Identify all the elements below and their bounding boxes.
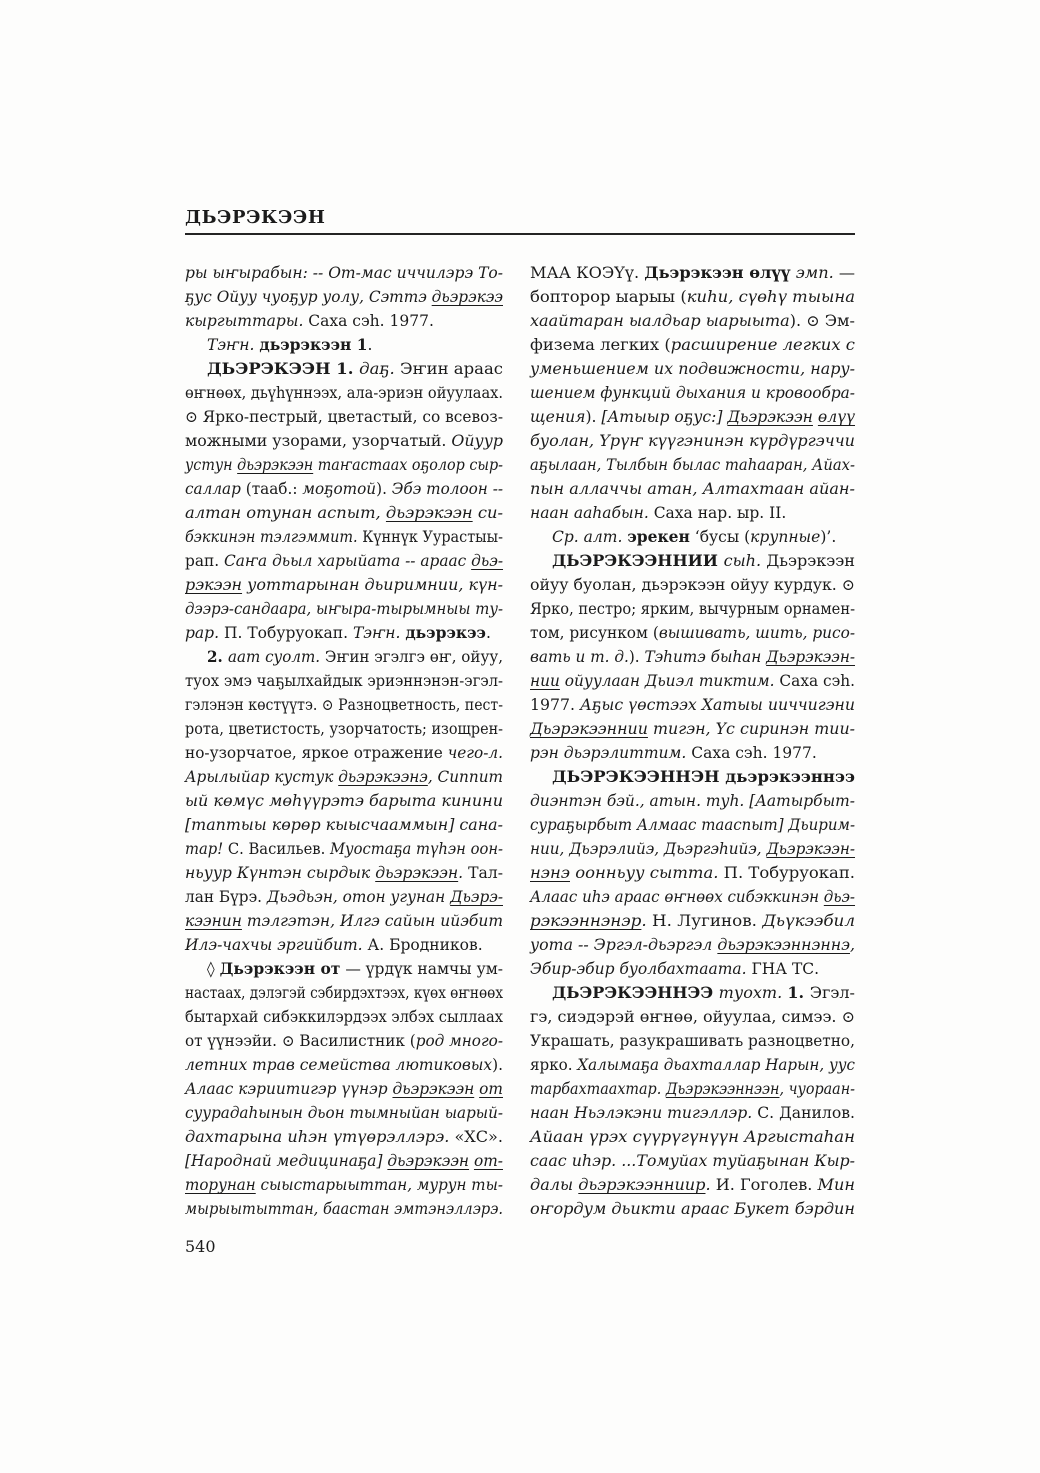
text-segment: туохт. [719,984,788,1002]
text-line: ДЬЭРЭКЭЭННЭН дьэрэкээннээ [530,765,855,789]
text-segment: Саха нар. ыр. II. [654,504,787,522]
line-content: Ср. алт. эрекен ‘бусы (крупные)’. [552,525,836,549]
line-content: нэнэ оонньуу сытта. П. Тобуруокап. [530,861,855,885]
text-segment: дьэрэкээн [392,1080,474,1098]
text-segment: , Сиппит [428,768,503,786]
text-segment: ГНА ТС. [752,960,820,978]
text-segment: Арылыйар кустук [185,768,338,786]
text-segment: . [705,1176,715,1194]
line-content: сураҕырбыт Алмаас тааспыт] Дьирим- [530,813,855,837]
text-line: щения). [Атыыр оҕус:] Дьэрэкээн өлүү [530,405,855,429]
text-segment: род много- [416,1032,503,1050]
line-content: Илэ-чахчы эргийбит. А. Бродников. [185,933,483,957]
text-segment: Украшать, разукрашивать разноцветно, [530,1032,855,1050]
text-segment: (тааб.: [246,480,303,498]
line-content: тарбахтаахтар. Дьэрэкээннээн, чуораан- [530,1077,855,1101]
text-segment: ◊ [207,960,220,978]
text-segment: от үүнээйи. ⊙ Василистник ( [185,1032,416,1050]
text-segment: крупные [750,528,820,546]
text-line: бытархай сибэккилэрдээх элбэх сыллаах [185,1005,503,1029]
text-segment: Муостаҕа түһэн оон- [330,840,503,858]
text-segment: бопторор ыарыы ( [530,288,687,306]
line-content: суурадаһынын дьон тымныйан ыарый- [185,1101,503,1125]
text-segment: рэн дьэрэлиттим. [530,744,691,762]
line-content: ДЬЭРЭКЭЭННЭН дьэрэкээннээ [552,765,855,789]
line-content: саллар (тааб.: моҕотой). Эбэ толоон -- [185,477,503,501]
text-line: туох эмэ чаҕылхайдык эриэннэнэн-эгэл- [185,669,503,693]
text-segment: даҕ. [359,360,400,378]
text-segment: гэлэнэн көстүүтэ. ⊙ Разноцветность, пест… [185,696,503,714]
text-line: гэ, сиэдэрэй өҥнөө, ойуулаа, симээ. ⊙ [530,1005,855,1029]
text-segment: Дьэрэкээннии [530,720,648,738]
text-segment: дьэ- [824,888,855,906]
text-segment: Алаас иһэ араас өҥнөөх сибэккинэн [530,888,824,906]
line-content: ньуур Күнтэн сырдык дьэрэкээн. Тал- [185,861,503,885]
text-segment: эрекен [627,527,690,546]
text-line: мырыытыттан, баастан эмтэнэллэрэ. [185,1197,503,1221]
text-line: Украшать, разукрашивать разноцветно, [530,1029,855,1053]
text-segment: рэкээннэнэр [530,912,641,930]
line-content: бытархай сибэккилэрдээх элбэх сыллаах [185,1005,503,1029]
text-segment: Дьэрэкээн [727,408,813,426]
line-content: рэкээн уоттарынан дьиримнии, күн- [185,573,503,597]
text-segment: дьэрэкээн [387,1152,469,1170]
text-segment: ДЬЭРЭКЭЭННЭЭ [552,983,719,1002]
text-segment: сураҕырбыт Алмаас тааспыт] Дьирим- [530,816,855,834]
dictionary-page: ДЬЭРЭКЭЭН ры ыҥырабын: -- От-мас иччилэр… [0,0,1040,1473]
line-content: Эбир-эбир буолбахтаата. ГНА ТС. [530,957,819,981]
line-content: далы дьэрэкээнниир. И. Гоголев. Мин [530,1173,855,1197]
text-segment: ‘бусы ( [690,528,750,546]
text-segment: С. Данилов. [757,1104,855,1122]
text-line: аҕылаан, Тылбын былас таһааран, Айах- [530,453,855,477]
line-content: рота, цветистость, узорчатость; изощрен- [185,717,503,741]
text-line: дахтарына иһэн үтүөрэллэрэ. «ХС». [185,1125,503,1149]
right-column: МАА КОЭҮү. Дьэрэкээн өлүү эмп. —бопторор… [530,261,855,1221]
line-content: ойуу буолан, дьэрэкээн ойуу курдук. ⊙ [530,573,855,597]
text-line: тар! С. Васильев. Муостаҕа түһэн оон- [185,837,503,861]
text-segment: Айаан үрэх сүүрүгүнүүн Аргыстаһан [530,1128,855,1146]
text-segment: С. Васильев. [228,840,330,858]
text-segment: ньуур Күнтэн сырдык [185,864,375,882]
text-segment: өлүү [818,408,855,426]
line-content: кыргыттары. Саха сэһ. 1977. [185,309,434,333]
text-line: нэнэ оонньуу сытта. П. Тобуруокап. [530,861,855,885]
text-segment: тигэн, Үс сиринэн тии- [648,720,855,738]
text-segment: алтан отунан аспыт, [185,504,386,522]
line-content: ДЬЭРЭКЭЭННЭЭ туохт. 1. Эгэл- [552,981,855,1005]
line-content: но-узорчатое, яркое отражение чего-л. [185,741,503,765]
line-content: Украшать, разукрашивать разноцветно, [530,1029,855,1053]
line-content: өҥнөөх, дьүһүннээх, ала-эриэн ойуулаах. [185,381,503,405]
text-segment: Дьэрэкээн- [766,840,855,858]
text-segment: Аҕыс үөстээх Хатыы ииччигэни [580,696,855,714]
text-segment: суурадаһынын дьон тымныйан ыарый- [185,1104,503,1122]
text-segment: Илэ-чахчы эргийбит. [185,936,368,954]
text-segment: дьэрэкээннэннэ [717,936,850,954]
text-segment: Тэһитэ быһан [644,648,766,666]
text-segment: ). [492,1056,503,1074]
text-segment: . [368,336,373,354]
text-line: Айаан үрэх сүүрүгүнүүн Аргыстаһан [530,1125,855,1149]
line-content: Ярко, пестро; ярким, вычурным орнамен- [530,597,855,621]
text-segment: тэлгэтэн, Илгэ сайын ийэбит [242,912,503,930]
text-segment: саллар [185,480,246,498]
text-segment: ). [585,408,601,426]
text-segment: аҕылаан, Тылбын былас таһааран, Айах- [530,456,855,474]
text-line: 1977. Аҕыс үөстээх Хатыы ииччигэни [530,693,855,717]
text-segment: пын аллаччы атан, Алтахтаан айан- [530,480,855,498]
text-line: Арылыйар кустук дьэрэкээнэ, Сиппит [185,765,503,789]
line-content: Алаас кэриитигэр үүнэр дьэрэкээн от [185,1077,503,1101]
line-content: лан Бүрэ. Дьэдьэн, отон угунан Дьэрэ- [185,885,503,909]
text-segment: )’. [820,528,836,546]
text-line: алтан отунан аспыт, дьэрэкээн си- [185,501,503,525]
line-content: рап. Саҥа дьыл харыйата -- араас дьэ- [185,549,503,573]
text-segment: И. Гоголев. [716,1176,818,1194]
text-line: тарбахтаахтар. Дьэрэкээннээн, чуораан- [530,1077,855,1101]
text-segment: моҕотой [302,480,376,498]
text-segment: вышивать, шить, рисо- [659,624,855,642]
text-line: рар. П. Тобуруокап. Тэҥн. дьэрэкээ. [185,621,503,645]
text-segment: тарбахтаахтар. [530,1080,666,1098]
text-segment: Саха сэһ. 1977. [308,312,434,330]
text-segment: Эбэ толоон -- [392,480,503,498]
text-segment: диэнтэн бэй., атын. туһ. [Аатырбыт- [530,792,855,810]
text-segment: рап. [185,552,224,570]
text-line: вать и т. д.). Тэһитэ быһан Дьэрэкээн- [530,645,855,669]
line-content: Алаас иһэ араас өҥнөөх сибэккинэн дьэ- [530,885,855,909]
text-segment: наан Ньэлэкэни тигэллэр. [530,1104,757,1122]
line-content: рэкээннэнэр. Н. Лугинов. Дьүкээбил [530,909,855,933]
text-line: наан Ньэлэкэни тигэллэр. С. Данилов. [530,1101,855,1125]
text-segment: таҥастаах оҕолор сыр- [313,456,503,474]
text-line: Дьэрэкээннии тигэн, Үс сиринэн тии- [530,717,855,741]
text-line: оҥордум дьикти араас Букет бэрдин [530,1197,855,1221]
line-content: ДЬЭРЭКЭЭННИИ сыһ. Дьэрэкээн [552,549,855,573]
text-line: кыргыттары. Саха сэһ. 1977. [185,309,503,333]
text-segment: «ХС». [454,1128,503,1146]
text-segment: уменьшением их подвижности, нару- [530,360,855,378]
text-segment: 2. [207,647,228,666]
text-line: буолан, Үрүҥ күүгэнинэн күрдүргэччи [530,429,855,453]
text-segment: МАА КОЭҮү. [530,264,644,282]
line-content: 2. аат суолт. Эҥин эгэлгэ өҥ, ойуу, [207,645,503,669]
text-segment: Саха сэһ. 1977. [691,744,817,762]
text-line: суурадаһынын дьон тымныйан ыарый- [185,1101,503,1125]
text-segment: от- [474,1152,503,1170]
page-number: 540 [185,1237,855,1256]
text-line: кээнин тэлгэтэн, Илгэ сайын ийэбит [185,909,503,933]
line-content: гэ, сиэдэрэй өҥнөө, ойуулаа, симээ. ⊙ [530,1005,855,1029]
line-content: буолан, Үрүҥ күүгэнинэн күрдүргэччи [530,429,855,453]
text-segment: Дьүкээбил [762,912,855,930]
running-head: ДЬЭРЭКЭЭН [185,208,855,228]
text-line: Илэ-чахчы эргийбит. А. Бродников. [185,933,503,957]
text-segment: сыһ. [724,552,767,570]
text-segment: , [850,936,855,954]
text-line: саллар (тааб.: моҕотой). Эбэ толоон -- [185,477,503,501]
line-content: оҥордум дьикти араас Букет бэрдин [530,1197,855,1221]
text-line: [Народнай медицинаҕа] дьэрэкээн от- [185,1149,503,1173]
text-line: МАА КОЭҮү. Дьэрэкээн өлүү эмп. — [530,261,855,285]
text-line: [таптыы көрөр кыысчааммын] сана- [185,813,503,837]
text-line: сураҕырбыт Алмаас тааспыт] Дьирим- [530,813,855,837]
text-segment: Дьэрэкээн от [220,959,341,978]
line-content: диэнтэн бэй., атын. туһ. [Аатырбыт- [530,789,855,813]
text-segment: — үрдүк намчы ум- [340,960,503,978]
text-segment: Дьэрэ- [450,888,503,906]
text-segment: мырыытыттан, баастан эмтэнэллэрэ. [185,1200,503,1218]
text-segment: бэккинэн тэлгэммит. [185,528,362,546]
text-segment: наан ааһабын. [530,504,654,522]
line-content: кээнин тэлгэтэн, Илгэ сайын ийэбит [185,909,503,933]
line-content: торунан сыыстарыыттан, мурун ты- [185,1173,503,1197]
line-content: аҕылаан, Тылбын былас таһааран, Айах- [530,453,855,477]
text-line: бопторор ыарыы (киһи, сүөһү тыына [530,285,855,309]
text-segment: Тал- [468,864,503,882]
text-line: Алаас иһэ араас өҥнөөх сибэккинэн дьэ- [530,885,855,909]
text-line: ый көмүс мөһүүрэтэ барыта кинини [185,789,503,813]
text-segment: дьэрэкээн [375,864,458,882]
text-segment: Дьэрэкээн- [766,648,855,666]
text-segment: нии [530,672,560,690]
text-segment: физема легких ( [530,336,671,354]
text-line: ҕус Ойуу чуоҕур уолу, Сэттэ дьэрэкээ [185,285,503,309]
text-segment: настаах, дэлэгэй сэбирдэхтээх, күөх өҥнө… [185,984,503,1002]
text-segment: дьэрэкээн [237,456,313,474]
text-segment: П. Тобуруокап. [224,624,353,642]
text-line: шением функций дыхания и кровообра- [530,381,855,405]
text-line: саас иһэр. ...Томуйах туйаҕынан Кыр- [530,1149,855,1173]
line-content: настаах, дэлэгэй сэбирдэхтээх, күөх өҥнө… [185,981,503,1005]
text-line: Ср. алт. эрекен ‘бусы (крупные)’. [530,525,855,549]
text-line: физема легких (расширение легких с [530,333,855,357]
text-segment: бытархай сибэккилэрдээх элбэх сыллаах [185,1008,503,1026]
text-line: рэкээннэнэр. Н. Лугинов. Дьүкээбил [530,909,855,933]
text-segment: дьэрэкээн [386,504,473,522]
line-content: рэн дьэрэлиттим. Саха сэһ. 1977. [530,741,817,765]
text-segment: Эҥин эгэлгэ өҥ, ойуу, [325,648,503,666]
text-segment: — [834,264,855,282]
line-content: ярко. Халымаҕа дьахталлар Нарын, уус [530,1053,855,1077]
text-segment: хаайтаран ыалдьар ыарыыта [530,312,790,330]
line-content: от үүнээйи. ⊙ Василистник (род много- [185,1029,503,1053]
text-segment: Дьэдьэн, отон угунан [267,888,450,906]
text-segment: ойуу буолан, дьэрэкээн ойуу курдук. ⊙ [530,576,855,594]
line-content: Тэҥн. дьэрэкээн 1. [207,333,372,357]
text-segment: летних трав семейства лютиковых [185,1056,492,1074]
line-content: Айаан үрэх сүүрүгүнүүн Аргыстаһан [530,1125,855,1149]
line-content: пын аллаччы атан, Алтахтаан айан- [530,477,855,501]
text-line: рэн дьэрэлиттим. Саха сэһ. 1977. [530,741,855,765]
text-segment: далы [530,1176,578,1194]
text-line: далы дьэрэкээнниир. И. Гоголев. Мин [530,1173,855,1197]
text-segment: нии, Дьэрэлийэ, Дьэргэһийэ, [530,840,766,858]
text-segment: вать и т. д. [530,648,629,666]
text-line: нии ойуулаан Дьиэл тиктим. Саха сэһ. [530,669,855,693]
text-segment: нэнэ [530,864,570,882]
line-content: туох эмэ чаҕылхайдык эриэннэнэн-эгэл- [185,669,503,693]
text-line: ДЬЭРЭКЭЭННИИ сыһ. Дьэрэкээн [530,549,855,573]
text-segment: Алаас кэриитигэр үүнэр [185,1080,392,1098]
text-line: ярко. Халымаҕа дьахталлар Нарын, уус [530,1053,855,1077]
text-segment: но-узорчатое, яркое отражение [185,744,448,762]
text-segment: уота -- Эргэл-дьэргэл [530,936,717,954]
text-segment: оонньуу сытта. [570,864,724,882]
text-segment: Эбир-эбир буолбахтаата. [530,960,752,978]
text-segment: Күннүк Уурастыы- [362,528,503,546]
text-segment: рота, цветистость, узорчатость; изощрен- [185,720,503,738]
text-line: ДЬЭРЭКЭЭН 1. даҕ. Эҥин араас [185,357,503,381]
text-segment: дьэ- [471,552,503,570]
text-segment: ый көмүс мөһүүрэтэ барыта кинини [185,792,503,810]
text-segment: [таптыы көрөр кыысчааммын] сана- [185,816,503,834]
text-line: пын аллаччы атан, Алтахтаан айан- [530,477,855,501]
text-line: Эбир-эбир буолбахтаата. ГНА ТС. [530,957,855,981]
text-segment: Эҥин араас [400,360,503,378]
text-line: от үүнээйи. ⊙ Василистник (род много- [185,1029,503,1053]
text-line: устун дьэрэкээн таҥастаах оҕолор сыр- [185,453,503,477]
line-content: ⊙ Ярко-пестрый, цветастый, со всевоз- [185,405,503,429]
line-content: хаайтаран ыалдьар ыарыыта). ⊙ Эм- [530,309,855,333]
text-segment: Саҥа дьыл харыйата -- араас [224,552,471,570]
text-segment: дьэрэкээнниир [578,1176,705,1194]
text-segment: киһи, сүөһү тыына [687,288,855,306]
text-segment: аат суолт. [228,648,325,666]
line-content: гэлэнэн көстүүтэ. ⊙ Разноцветность, пест… [185,693,503,717]
text-segment: ДЬЭРЭКЭЭН 1. [207,359,359,378]
text-segment: Эгэл- [810,984,855,1002]
text-line: но-узорчатое, яркое отражение чего-л. [185,741,503,765]
text-segment: [Атыыр оҕус:] [601,408,727,426]
text-segment: туох эмэ чаҕылхайдык эриэннэнэн-эгэл- [185,672,503,690]
text-line: нии, Дьэрэлийэ, Дьэргэһийэ, Дьэрэкээн- [530,837,855,861]
text-segment: можными узорами, узорчатый. [185,432,451,450]
line-content: нии, Дьэрэлийэ, Дьэргэһийэ, Дьэрэкээн- [530,837,855,861]
line-content: нии ойуулаан Дьиэл тиктим. Саха сэһ. [530,669,855,693]
text-segment: ры ыҥырабын: -- От-мас иччилэрэ То- [185,264,503,282]
left-column: ры ыҥырабын: -- От-мас иччилэрэ То-ҕус О… [185,261,503,1221]
text-line: Ярко, пестро; ярким, вычурным орнамен- [530,597,855,621]
text-segment: торунан [185,1176,256,1194]
text-segment: 1. [787,983,809,1002]
text-line: хаайтаран ыалдьар ыарыыта). ⊙ Эм- [530,309,855,333]
text-segment: ДЬЭРЭКЭЭННЭН дьэрэкээннээ [552,767,855,786]
text-segment: Мин [818,1176,855,1194]
line-content: ҕус Ойуу чуоҕур уолу, Сэттэ дьэрэкээ [185,285,503,309]
text-segment: дахтарына иһэн үтүөрэллэрэ. [185,1128,454,1146]
text-segment: саас иһэр. ...Томуйах туйаҕынан Кыр- [530,1152,855,1170]
text-segment: Н. Лугинов. [652,912,762,930]
text-line: ДЬЭРЭКЭЭННЭЭ туохт. 1. Эгэл- [530,981,855,1005]
text-block: ДЬЭРЭКЭЭН ры ыҥырабын: -- От-мас иччилэр… [185,208,855,1256]
text-segment: . [486,624,491,642]
line-content: шением функций дыхания и кровообра- [530,381,855,405]
text-segment: щения [530,408,585,426]
text-segment: дьэрэкээнэ [338,768,428,786]
text-line: өҥнөөх, дьүһүннээх, ала-эриэн ойуулаах. [185,381,503,405]
text-line: рота, цветистость, узорчатость; изощрен- [185,717,503,741]
text-line: летних трав семейства лютиковых). [185,1053,503,1077]
text-segment: буолан, Үрүҥ күүгэнинэн күрдүргэччи [530,432,855,450]
text-segment: шением функций дыхания и кровообра- [530,384,855,402]
line-content: Дьэрэкээннии тигэн, Үс сиринэн тии- [530,717,855,741]
text-line: ры ыҥырабын: -- От-мас иччилэрэ То- [185,261,503,285]
text-segment: ойуулаан Дьиэл тиктим. [560,672,780,690]
text-line: уменьшением их подвижности, нару- [530,357,855,381]
text-segment: [Народнай медицинаҕа] [185,1152,387,1170]
text-line: можными узорами, узорчатый. Ойуур [185,429,503,453]
text-segment: уоттарынан дьиримнии, күн- [242,576,503,594]
text-line: ◊ Дьэрэкээн от — үрдүк намчы ум- [185,957,503,981]
line-content: уменьшением их подвижности, нару- [530,357,855,381]
text-line: уота -- Эргэл-дьэргэл дьэрэкээннэннэ, [530,933,855,957]
text-segment: ярко. [530,1056,577,1074]
text-segment: оҥордум дьикти араас Букет бэрдин [530,1200,855,1218]
text-segment: 1977. [530,696,580,714]
text-segment: рэкээн [185,576,242,594]
text-segment: Тэҥн. [207,336,259,354]
line-content: бэккинэн тэлгэммит. Күннүк Уурастыы- [185,525,503,549]
line-content: уота -- Эргэл-дьэргэл дьэрэкээннэннэ, [530,933,855,957]
line-content: можными узорами, узорчатый. Ойуур [185,429,503,453]
text-segment: А. Бродников. [368,936,483,954]
text-segment: Тэҥн. [353,624,405,642]
text-segment: ДЬЭРЭКЭЭННИИ [552,551,724,570]
line-content: дахтарына иһэн үтүөрэллэрэ. «ХС». [185,1125,503,1149]
text-segment: лан Бүрэ. [185,888,267,906]
line-content: ый көмүс мөһүүрэтэ барыта кинини [185,789,503,813]
text-segment: Дьэрэкээн өлүү [644,263,796,282]
text-segment: чего-л. [448,744,503,762]
line-content: МАА КОЭҮү. Дьэрэкээн өлүү эмп. — [530,261,855,285]
text-segment: . [641,912,652,930]
line-content: вать и т. д.). Тэһитэ быһан Дьэрэкээн- [530,645,855,669]
text-segment: тар! [185,840,228,858]
line-content: Арылыйар кустук дьэрэкээнэ, Сиппит [185,765,503,789]
text-segment: . [458,864,468,882]
text-line: рап. Саҥа дьыл харыйата -- араас дьэ- [185,549,503,573]
text-segment: Халымаҕа дьахталлар Нарын, уус [577,1056,855,1074]
line-content: устун дьэрэкээн таҥастаах оҕолор сыр- [185,453,503,477]
line-content: физема легких (расширение легких с [530,333,855,357]
text-line: бэккинэн тэлгэммит. Күннүк Уурастыы- [185,525,503,549]
text-line: наан ааһабын. Саха нар. ыр. II. [530,501,855,525]
text-line: дээрэ-сандаара, ыҥыра-тырымныы ту- [185,597,503,621]
text-segment: ). ⊙ Эм- [790,312,855,330]
line-content: рар. П. Тобуруокап. Тэҥн. дьэрэкээ. [185,621,491,645]
text-line: том, рисунком (вышивать, шить, рисо- [530,621,855,645]
text-segment: өҥнөөх, дьүһүннээх, ала-эриэн ойуулаах. [185,384,503,402]
text-segment: эмп. [796,264,834,282]
text-segment: сыыстарыыттан, мурун ты- [256,1176,503,1194]
line-content: алтан отунан аспыт, дьэрэкээн си- [185,501,503,525]
line-content: ДЬЭРЭКЭЭН 1. даҕ. Эҥин араас [207,357,503,381]
line-content: том, рисунком (вышивать, шить, рисо- [530,621,855,645]
text-segment: си- [473,504,503,522]
text-segment: П. Тобуруокап. [724,864,855,882]
line-content: щения). [Атыыр оҕус:] Дьэрэкээн өлүү [530,405,855,429]
line-content: ры ыҥырабын: -- От-мас иччилэрэ То- [185,261,503,285]
header-rule [185,233,855,235]
text-line: 2. аат суолт. Эҥин эгэлгэ өҥ, ойуу, [185,645,503,669]
text-segment: том, рисунком ( [530,624,659,642]
text-line: лан Бүрэ. Дьэдьэн, отон угунан Дьэрэ- [185,885,503,909]
text-line: гэлэнэн көстүүтэ. ⊙ Разноцветность, пест… [185,693,503,717]
text-segment: Ойуур [451,432,503,450]
line-content: 1977. Аҕыс үөстээх Хатыы ииччигэни [530,693,855,717]
